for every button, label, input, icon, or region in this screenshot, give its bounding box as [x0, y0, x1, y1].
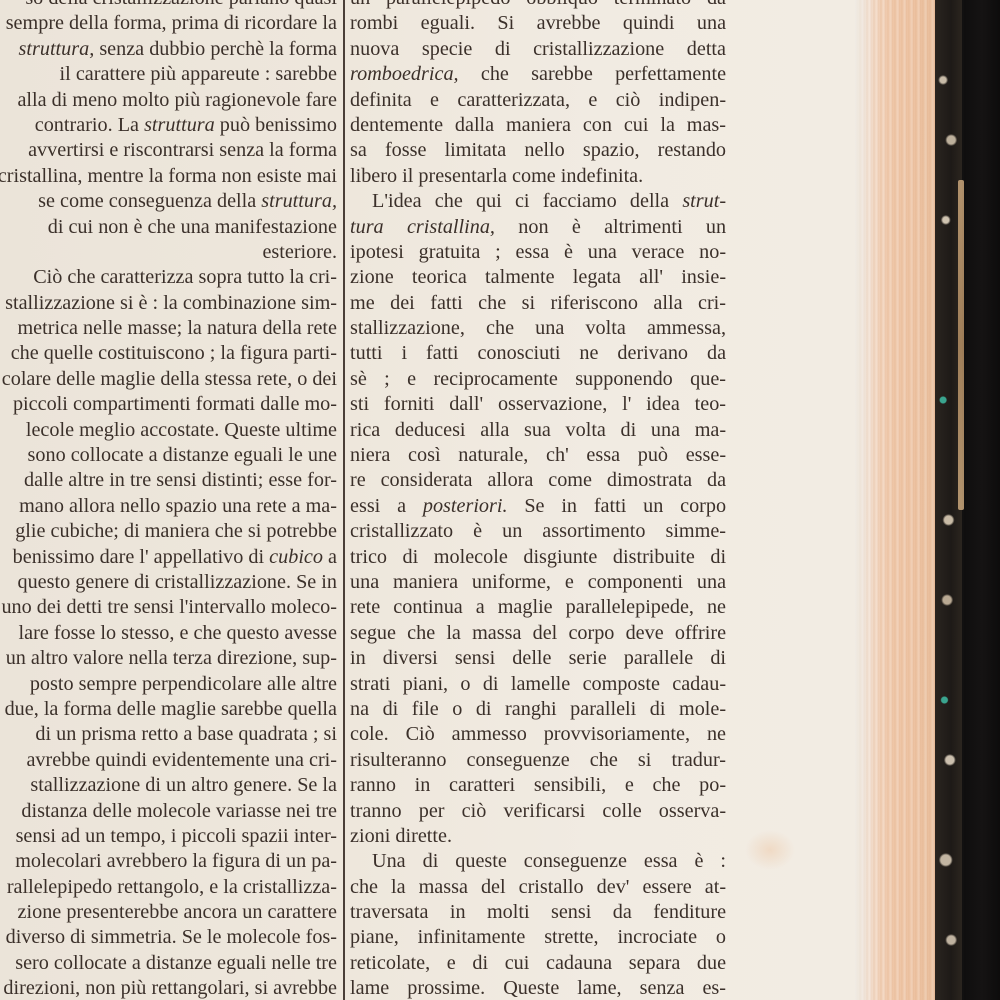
- text-line: struttura, senza dubbio perchè la forma: [0, 37, 337, 62]
- text-line: lecole meglio accostate. Queste ultime: [0, 418, 337, 443]
- text-line: questo genere di cristallizzazione. Se i…: [0, 570, 337, 595]
- text-line: metrica nelle masse; la natura della ret…: [0, 316, 337, 341]
- text-line: segue che la massa del corpo deve offrir…: [350, 621, 726, 646]
- text-line: se come conseguenza della struttura,: [0, 189, 337, 214]
- text-line: piane, infinitamente strette, incrociate…: [350, 925, 726, 950]
- foxing-stain: [745, 830, 795, 870]
- text-line: definita e caratterizzata, e ciò indipen…: [350, 88, 726, 113]
- text-line: na di file o di ranghi paralleli di mole…: [350, 697, 726, 722]
- text-line: dalle altre in tre sensi distinti; esse …: [0, 468, 337, 493]
- text-line: rete continua a maglie parallelepipede, …: [350, 595, 726, 620]
- text-line: so della cristallizzazione parlano quasi: [0, 0, 337, 11]
- text-line: romboedrica, che sarebbe perfettamente: [350, 62, 726, 87]
- text-line: Ciò che caratterizza sopra tutto la cri-: [0, 265, 337, 290]
- text-line: alla di meno molto più ragionevole fare: [0, 88, 337, 113]
- text-line: uno dei detti tre sensi l'intervallo mol…: [0, 595, 337, 620]
- text-line: risulteranno conseguenze che si tradur-: [350, 748, 726, 773]
- text-line: rica deducesi alla sua volta di una ma-: [350, 418, 726, 443]
- text-line: sempre della forma, prima di ricordare l…: [0, 11, 337, 36]
- text-line: sti forniti dall' osservazione, l' idea …: [350, 392, 726, 417]
- text-line: tura cristallina, non è altrimenti un: [350, 215, 726, 240]
- text-line: glie cubiche; di maniera che si potrebbe: [0, 519, 337, 544]
- text-line: niera così naturale, ch' essa può esse-: [350, 443, 726, 468]
- text-line: dentemente dalla maniera con cui la mas-: [350, 113, 726, 138]
- text-line: cristallizzato è un assortimento simme-: [350, 519, 726, 544]
- text-line: tranno per ciò verificarsi colle osserva…: [350, 799, 726, 824]
- dark-book-cover: [964, 0, 1000, 1000]
- text-line: cole. Ciò ammesso provvisoriamente, ne: [350, 722, 726, 747]
- text-line: distanza delle molecole variasse nei tre: [0, 799, 337, 824]
- text-line: lame prossime. Queste lame, senza es-: [350, 976, 726, 1000]
- text-line: sensi ad un tempo, i piccoli spazii inte…: [0, 824, 337, 849]
- text-line: diverso di simmetria. Se le molecole fos…: [0, 925, 337, 950]
- text-line: ipotesi gratuita ; essa è una verace no-: [350, 240, 726, 265]
- text-line: sa fosse limitata nello spazio, restando: [350, 138, 726, 163]
- text-line: di un prisma retto a base quadrata ; si: [0, 722, 337, 747]
- text-line: sono collocate a distanze eguali le une: [0, 443, 337, 468]
- text-line: traversata in molti sensi da fenditure: [350, 900, 726, 925]
- page-edges-shadow: [855, 0, 877, 1000]
- text-line: trico di molecole disgiunte distribuite …: [350, 545, 726, 570]
- column-divider-rule: [343, 0, 345, 1000]
- text-line: esteriore.: [0, 240, 337, 265]
- book-photo: so della cristallizzazione parlano quasi…: [0, 0, 1000, 1000]
- text-line: che quelle costituiscono ; la figura par…: [0, 341, 337, 366]
- text-line: libero il presentarla come indefinita.: [350, 164, 726, 189]
- text-line: Una di queste conseguenze essa è :: [350, 849, 726, 874]
- book-page: so della cristallizzazione parlano quasi…: [0, 0, 855, 1000]
- text-line: un parallelepipedo obbliquo terminato da: [350, 0, 726, 11]
- text-line: L'idea che qui ci facciamo della strut-: [350, 189, 726, 214]
- text-line: una maniera uniforme, e componenti una: [350, 570, 726, 595]
- text-line: tutti i fatti conosciuti ne derivano da: [350, 341, 726, 366]
- text-line: ranno in caratteri sensibili, e che po-: [350, 773, 726, 798]
- text-line: zione teorica talmente legata all' insie…: [350, 265, 726, 290]
- text-line: molecolari avrebbero la figura di un pa-: [0, 849, 337, 874]
- text-line: stallizzazione si è : la combinazione si…: [0, 291, 337, 316]
- text-line: re considerata allora come dimostrata da: [350, 468, 726, 493]
- text-line: direzioni, non più rettangolari, si avre…: [0, 976, 337, 1000]
- left-text-column: so della cristallizzazione parlano quasi…: [0, 0, 337, 1000]
- text-line: in diversi sensi delle serie parallele d…: [350, 646, 726, 671]
- text-line: zione presenterebbe ancora un carattere: [0, 900, 337, 925]
- text-line: stallizzazione di un altro genere. Se la: [0, 773, 337, 798]
- text-line: benissimo dare l' appellativo di cubico …: [0, 545, 337, 570]
- text-line: stallizzazione, che una volta ammessa,: [350, 316, 726, 341]
- text-line: rombi eguali. Si avrebbe quindi una: [350, 11, 726, 36]
- text-line: avrebbe quindi evidentemente una cri-: [0, 748, 337, 773]
- text-line: piccoli compartimenti formati dalle mo-: [0, 392, 337, 417]
- text-line: contrario. La struttura può benissimo: [0, 113, 337, 138]
- text-line: colare delle maglie della stessa rete, o…: [0, 367, 337, 392]
- text-line: nuova specie di cristallizzazione detta: [350, 37, 726, 62]
- text-line: un altro valore nella terza direzione, s…: [0, 646, 337, 671]
- text-line: sero collocate a distanze eguali nelle t…: [0, 951, 337, 976]
- text-line: mano allora nello spazio una rete a ma-: [0, 494, 337, 519]
- text-line: due, la forma delle maglie sarebbe quell…: [0, 697, 337, 722]
- text-line: strati piani, o di lamelle composte cada…: [350, 672, 726, 697]
- text-line: essi a posteriori. Se in fatti un corpo: [350, 494, 726, 519]
- text-line: sè ; e reciprocamente supponendo que-: [350, 367, 726, 392]
- text-line: reticolate, e di cui cadauna separa due: [350, 951, 726, 976]
- text-line: lare fosse lo stesso, e che questo avess…: [0, 621, 337, 646]
- text-line: il carattere più appareute : sarebbe: [0, 62, 337, 87]
- text-line: zioni dirette.: [350, 824, 726, 849]
- text-line: me dei fatti che si riferiscono alla cri…: [350, 291, 726, 316]
- text-line: rallelepipedo rettangolo, e la cristalli…: [0, 875, 337, 900]
- text-line: che la massa del cristallo dev' essere a…: [350, 875, 726, 900]
- text-line: di cui non è che una manifestazione: [0, 215, 337, 240]
- right-text-column: un parallelepipedo obbliquo terminato da…: [350, 0, 726, 1000]
- text-line: cristallina, mentre la forma non esiste …: [0, 164, 337, 189]
- text-line: avvertirsi e riscontrarsi senza la forma: [0, 138, 337, 163]
- text-line: posto sempre perpendicolare alle altre: [0, 672, 337, 697]
